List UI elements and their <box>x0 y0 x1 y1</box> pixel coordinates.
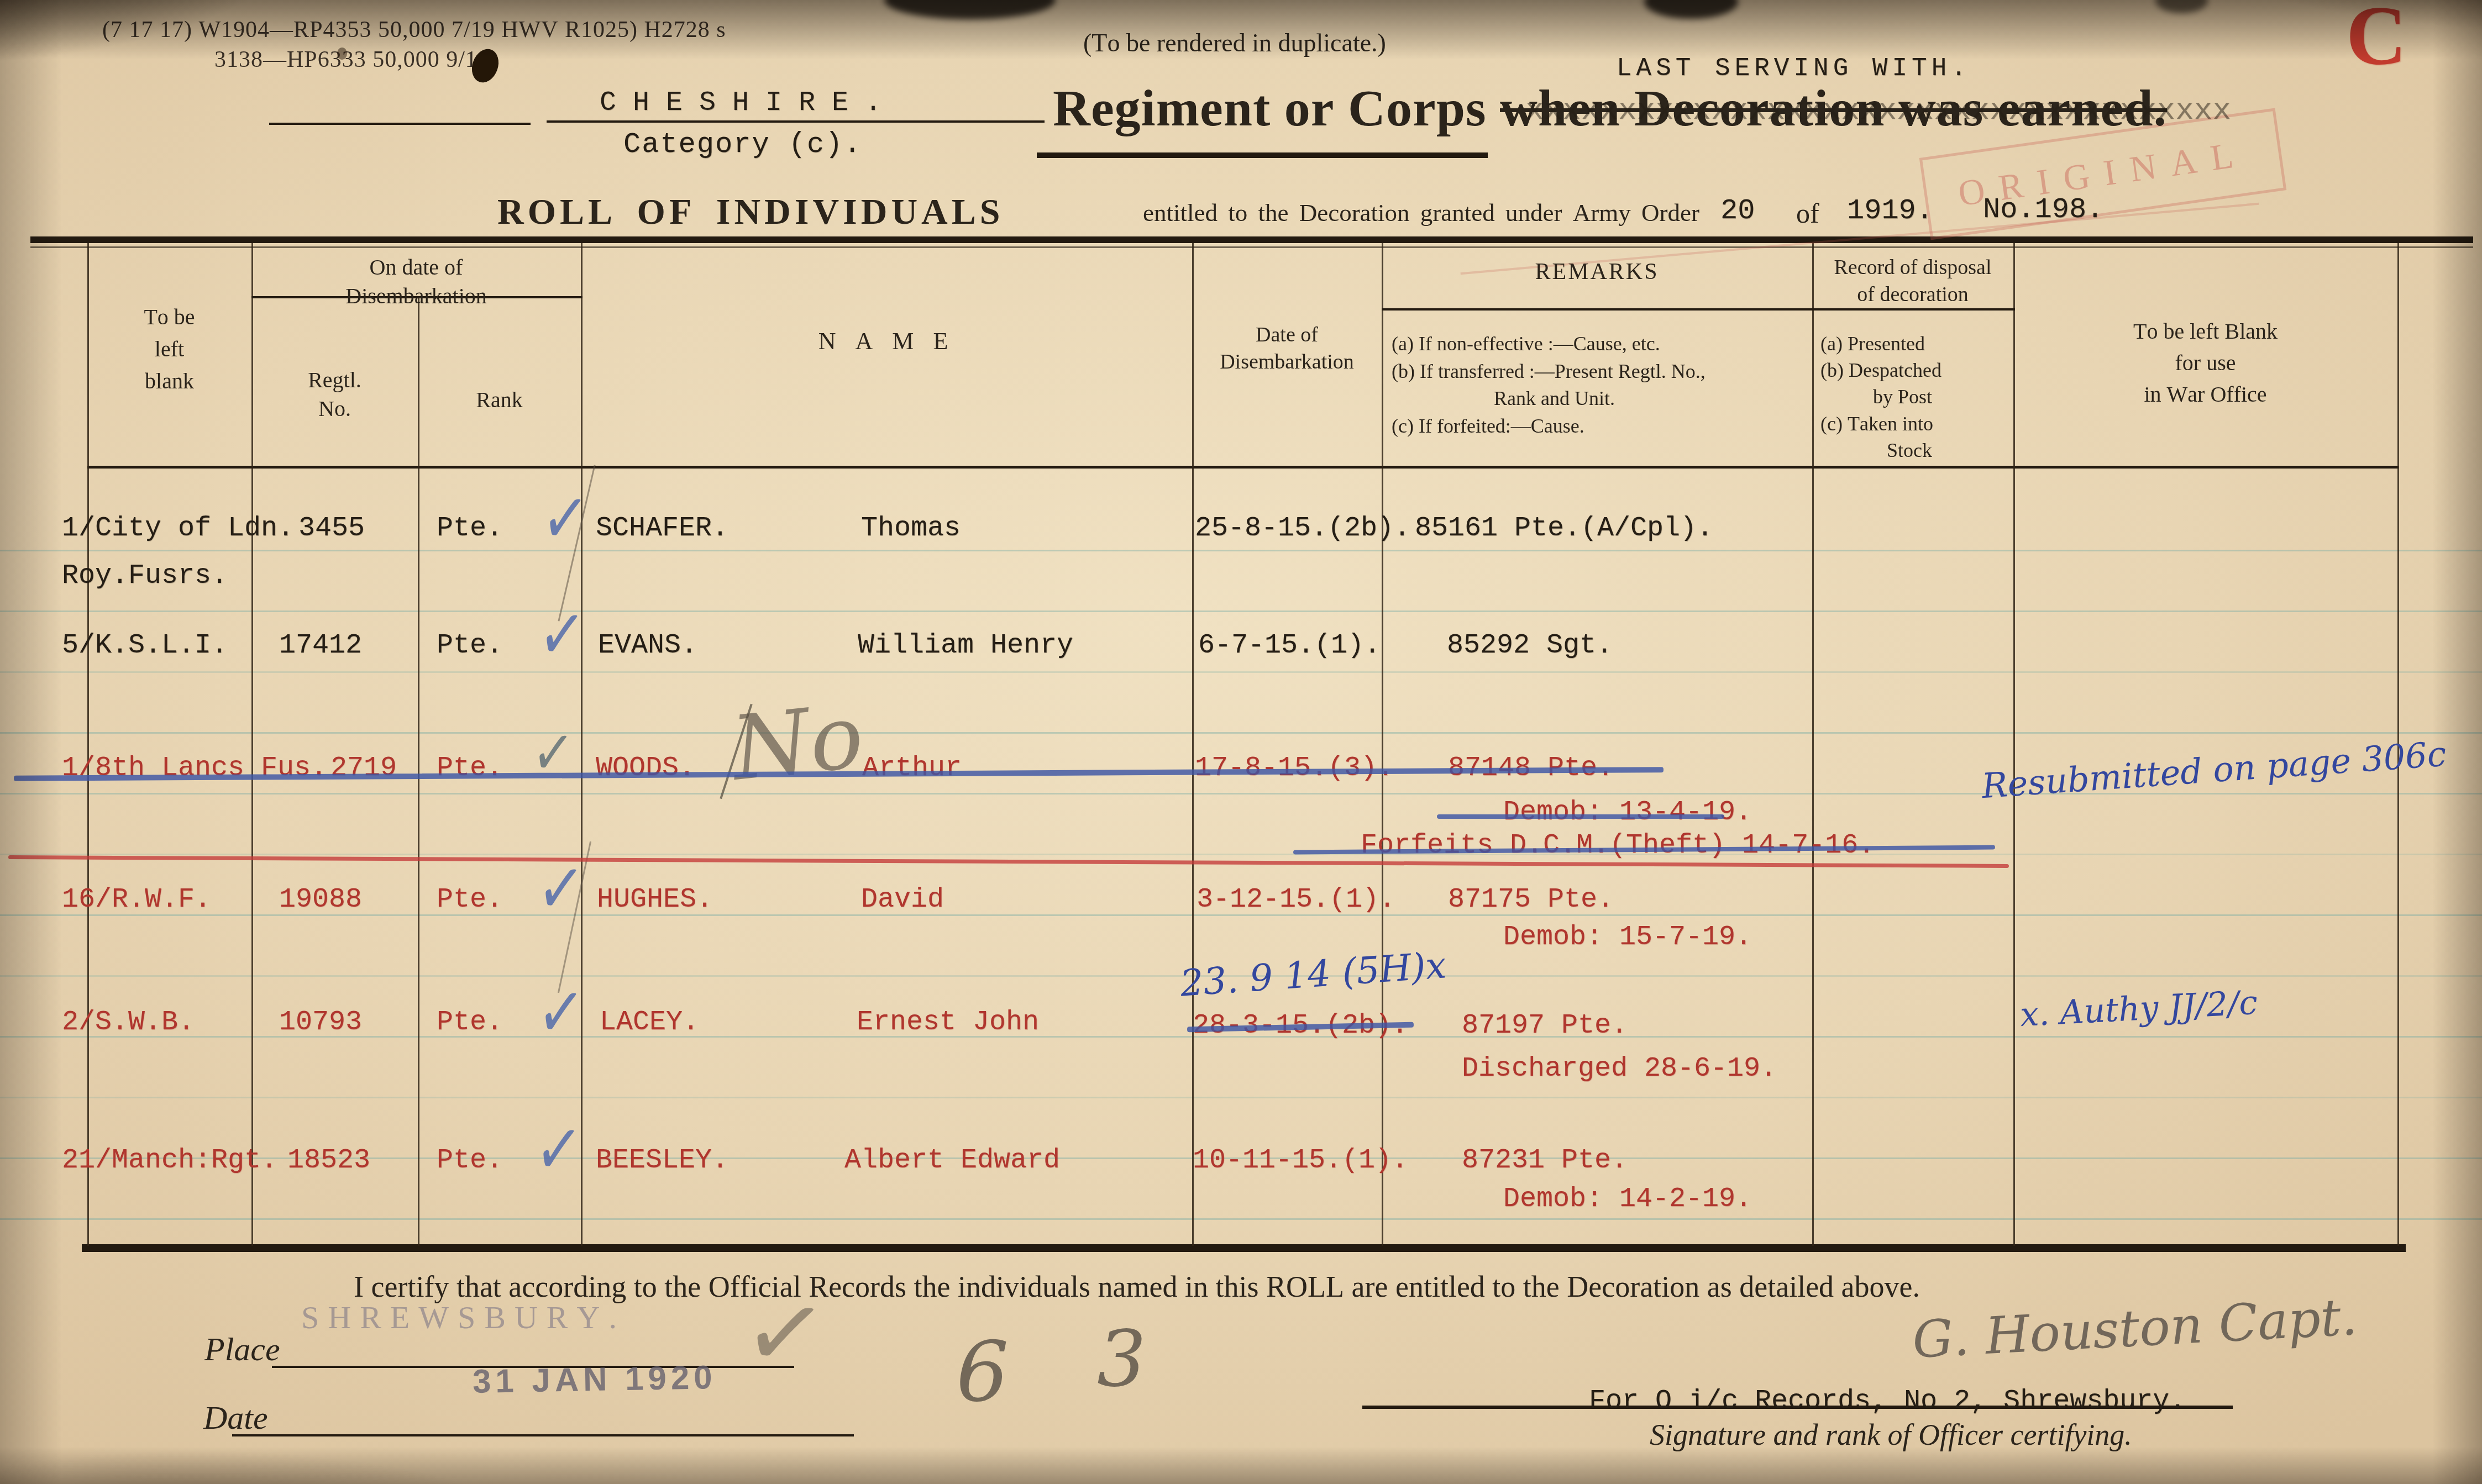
remarks-note-b2: Rank and Unit. <box>1392 385 1817 413</box>
cell-remark: 85161 Pte.(A/Cpl). <box>1415 513 1713 545</box>
paper-speck <box>337 48 347 60</box>
officer-signature: G. Houston Capt. <box>1911 1288 2359 1370</box>
photo-edge-shadow <box>884 0 1056 19</box>
blank-line <box>547 120 1045 123</box>
remarks-note-c: (c) If forfeited:—Cause. <box>1392 413 1817 440</box>
date-line <box>232 1434 854 1436</box>
cell-surname: LACEY. <box>600 1007 699 1039</box>
blank-line <box>269 123 531 125</box>
ledger-rule <box>0 732 2482 734</box>
cell-surname: BEESLEY. <box>596 1145 728 1177</box>
signature-caption: Signature and rank of Officer certifying… <box>1650 1418 2132 1452</box>
title-underline <box>1037 152 1488 158</box>
strike-line <box>1437 814 1724 819</box>
ledger-rule <box>0 671 2482 673</box>
cell-regtl-no: 3455 <box>298 513 365 545</box>
cell-forename: Thomas <box>861 513 961 545</box>
cell-unit: 16/R.W.F. <box>62 884 211 916</box>
cell-surname: HUGHES. <box>597 884 713 916</box>
pencil-number-six: 6 <box>956 1325 1009 1420</box>
typed-x-strikeout: xxxxxxxxxxxxxxxxxxxxxxxxxxxxxxxxxxxxxx <box>1525 93 2269 128</box>
cell-surname: SCHAFER. <box>596 513 728 545</box>
cell-rank: Pte. <box>437 884 503 916</box>
disposal-note-b: (b) Despatched <box>1820 357 2014 383</box>
category-typed: Category (c). <box>623 128 862 161</box>
pencil-number-three: 3 <box>1097 1315 1146 1404</box>
col-header-on-date: On date of Disembarkation <box>251 253 581 311</box>
decoration-roll-sheet: (7 17 17) W1904—RP4353 50,000 7/19 HWV R… <box>0 0 2482 1484</box>
tick-mark: ✓ <box>534 968 587 1056</box>
remarks-note-a: (a) If non-effective :—Cause, etc. <box>1392 330 1817 358</box>
tick-mark: ✓ <box>538 474 592 562</box>
cell-regtl-no: 2719 <box>330 752 397 785</box>
cell-unit-line2: Roy.Fusrs. <box>62 560 228 592</box>
regiment-name-typed: C H E S H I R E . <box>600 87 881 119</box>
cell-rank: Pte. <box>437 513 503 545</box>
cell-unit: 21/Manch:Rgt. <box>62 1145 277 1177</box>
date-label: Date <box>203 1399 268 1437</box>
disposal-note-c: (c) Taken into <box>1820 411 2014 437</box>
table-top-rule-thin <box>30 246 2473 248</box>
cell-remark: 87231 Pte. <box>1462 1145 1628 1177</box>
cell-remark-3: Forfeits D.C.M.(Theft) 14-7-16. <box>1361 830 1875 862</box>
cell-forename: Arthur <box>862 752 962 785</box>
army-order-number: 20 <box>1720 194 1755 228</box>
table-top-rule <box>30 236 2473 243</box>
cell-forename: Ernest John <box>857 1007 1039 1039</box>
place-stamp: SHREWSBURY. <box>301 1299 626 1336</box>
cell-date: 25-8-15.(2b). <box>1195 513 1410 545</box>
table-header-rule <box>87 466 2399 469</box>
disposal-note-a: (a) Presented <box>1820 330 2014 357</box>
cell-rank: Pte. <box>437 630 503 662</box>
margin-annotation: Resubmitted on page 306c <box>1981 734 2448 806</box>
cell-surname: EVANS. <box>598 630 697 662</box>
col-header-rank: Rank <box>418 387 581 413</box>
col-header-date-disembarkation: Date of Disembarkation <box>1192 322 1382 376</box>
ledger-rule <box>0 1097 2482 1098</box>
disposal-note-c2: Stock <box>1820 437 2014 464</box>
roll-heading: ROLL OF INDIVIDUALS <box>497 191 1004 233</box>
cell-date: 10-11-15.(1). <box>1193 1145 1408 1177</box>
cell-date: 3-12-15.(1). <box>1197 884 1395 916</box>
tick-mark: ✓ <box>532 1105 585 1193</box>
cell-regtl-no: 18523 <box>287 1145 370 1177</box>
cell-remark: 87197 Pte. <box>1462 1010 1628 1042</box>
cell-remark-2: Demob: 14-2-19. <box>1503 1183 1752 1215</box>
roll-heading-text: entitled to the Decoration granted under… <box>1143 199 1699 228</box>
date-annotation: 23. 9 14 (5H)x <box>1179 944 1447 1004</box>
of-label: of <box>1796 198 1819 230</box>
pencil-scribble: No <box>727 685 868 800</box>
corner-letter-c: C <box>2346 0 2407 85</box>
certification-statement: I certify that according to the Official… <box>354 1270 1920 1304</box>
place-label: Place <box>204 1330 280 1369</box>
ledger-rule <box>0 611 2482 612</box>
col-header-war-office: To be left Blank for use in War Office <box>2013 316 2397 410</box>
date-stamp: 31 JAN 1920 <box>472 1358 717 1401</box>
table-bottom-rule <box>82 1244 2406 1252</box>
cell-regtl-no: 17412 <box>279 630 362 662</box>
ledger-rule <box>0 1218 2482 1220</box>
print-code-line-1: (7 17 17) W1904—RP4353 50,000 7/19 HWV R… <box>102 17 726 43</box>
form-title: Regiment or Corps <box>1053 80 1500 137</box>
for-records-line: For O i/c Records, No 2, Shrewsbury. <box>1589 1386 2186 1418</box>
roll-year: 1919. <box>1847 194 1933 228</box>
table-column-divider <box>1192 243 1194 1246</box>
ledger-rule <box>0 854 2482 855</box>
col-header-left-blank: To be left blank <box>87 301 251 397</box>
cell-unit: 5/K.S.L.I. <box>62 630 228 662</box>
col-header-name: N A M E <box>581 327 1192 355</box>
table-column-divider <box>418 297 419 1246</box>
cell-remark: 85292 Sgt. <box>1447 630 1613 662</box>
print-code-line-2: 3138—HP6333 50,000 9/19 <box>214 46 490 73</box>
subheader-rule <box>1382 308 1814 311</box>
cell-forename: William Henry <box>858 630 1073 662</box>
cell-date: 6-7-15.(1). <box>1198 630 1381 662</box>
table-column-divider <box>581 243 583 1246</box>
war-office-annotation: x. Authy JJ/2/c <box>2019 984 2258 1034</box>
cell-remark-2: Demob: 15-7-19. <box>1503 922 1752 954</box>
col-header-regtl-no: Regtl. No. <box>251 366 418 423</box>
cell-regtl-no: 10793 <box>279 1007 362 1039</box>
cell-regtl-no: 19088 <box>279 884 362 916</box>
cell-remark-2: Discharged 28-6-19. <box>1462 1053 1777 1085</box>
pencil-check-mark: ✓ <box>736 1271 834 1396</box>
cell-rank: Pte. <box>437 1145 503 1177</box>
cell-forename: David <box>861 884 944 916</box>
sheet-number: No.198. <box>1983 193 2103 227</box>
col-header-remarks: REMARKS <box>1382 259 1812 285</box>
cell-rank: Pte. <box>437 752 503 785</box>
cell-remark: 87175 Pte. <box>1448 884 1614 916</box>
cell-surname: WOODS. <box>596 752 695 785</box>
col-header-disposal: Record of disposal of decoration <box>1812 254 2013 309</box>
photo-edge-shadow <box>1644 0 1738 19</box>
duplicate-note: (To be rendered in duplicate.) <box>1083 29 1386 58</box>
remarks-note-b: (b) If transferred :—Present Regtl. No., <box>1392 358 1817 386</box>
ledger-rule <box>0 550 2482 551</box>
cell-unit: 1/City of Ldn. <box>62 513 294 545</box>
table-column-divider <box>1382 243 1383 1246</box>
disposal-note-b2: by Post <box>1820 383 2014 410</box>
tick-mark: ✓ <box>535 590 589 678</box>
cell-unit: 2/S.W.B. <box>62 1007 195 1039</box>
tick-mark: ✓ <box>529 714 576 792</box>
photo-edge-shadow <box>2155 0 2208 13</box>
cell-remark-2: Demob: 13-4-19. <box>1503 797 1752 829</box>
cell-rank: Pte. <box>437 1007 503 1039</box>
cell-forename: Albert Edward <box>844 1145 1060 1177</box>
